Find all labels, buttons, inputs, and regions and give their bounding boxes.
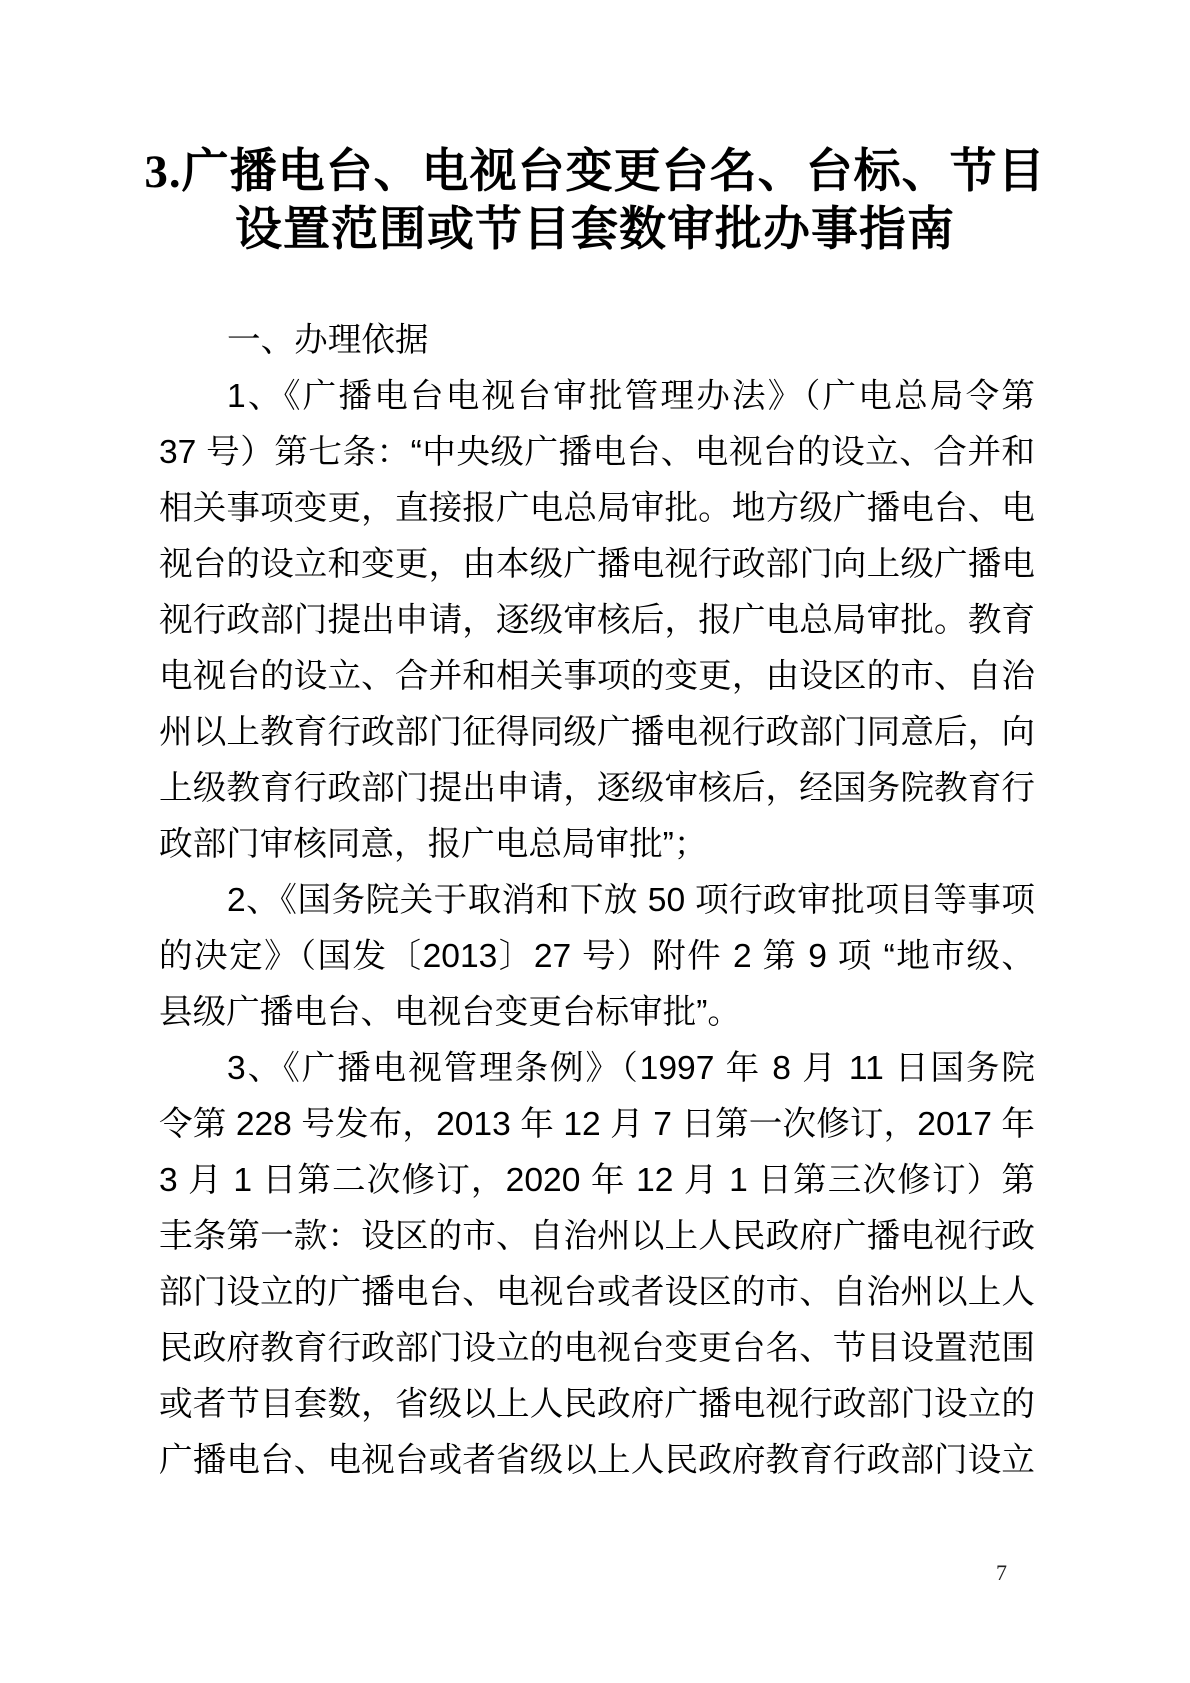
- text-line: 3、《广播电视管理条例》（1997 年 8 月 11 日国务院: [159, 1041, 1035, 1097]
- document-title: 3.广播电台、电视台变更台名、台标、节目 设置范围或节目套数审批办事指南: [120, 143, 1070, 259]
- text-line: 相关事项变更，直接报广电总局审批。地方级广播电台、电: [159, 481, 1035, 537]
- document-page: 3.广播电台、电视台变更台名、台标、节目 设置范围或节目套数审批办事指南 一、办…: [0, 0, 1190, 1683]
- text-line: 上级教育行政部门提出申请，逐级审核后，经国务院教育行: [159, 761, 1035, 817]
- text-line: 的决定》（国发〔2013〕27 号）附件 2 第 9 项 “地市级、: [159, 929, 1035, 985]
- text-line: 2、《国务院关于取消和下放 50 项行政审批项目等事项: [159, 873, 1035, 929]
- text-line: 1、《广播电台电视台审批管理办法》（广电总局令第: [159, 369, 1035, 425]
- text-line: 视台的设立和变更，由本级广播电视行政部门向上级广播电: [159, 537, 1035, 593]
- text-line: 令第 228 号发布，2013 年 12 月 7 日第一次修订，2017 年: [159, 1097, 1035, 1153]
- text-line: 或者节目套数，省级以上人民政府广播电视行政部门设立的: [159, 1377, 1035, 1433]
- text-line: 政部门审核同意，报广电总局审批”；: [159, 817, 1035, 873]
- document-title-line-2: 设置范围或节目套数审批办事指南: [120, 201, 1070, 259]
- text-line: 一、办理依据: [159, 313, 1035, 369]
- page-number: 7: [996, 1560, 1007, 1586]
- text-line: 视行政部门提出申请，逐级审核后，报广电总局审批。教育: [159, 593, 1035, 649]
- text-line: 州以上教育行政部门征得同级广播电视行政部门同意后，向: [159, 705, 1035, 761]
- text-line: 电视台的设立、合并和相关事项的变更，由设区的市、自治: [159, 649, 1035, 705]
- text-line: 县级广播电台、电视台变更台标审批”。: [159, 985, 1035, 1041]
- text-line: 民政府教育行政部门设立的电视台变更台名、节目设置范围: [159, 1321, 1035, 1377]
- body-text: 一、办理依据1、《广播电台电视台审批管理办法》（广电总局令第37 号）第七条：“…: [159, 313, 1035, 1489]
- text-line: 37 号）第七条：“中央级广播电台、电视台的设立、合并和: [159, 425, 1035, 481]
- text-line: 三条第一款：设区的市、自治州以上人民政府广播电视行政: [159, 1209, 1035, 1265]
- text-line: 部门设立的广播电台、电视台或者设区的市、自治州以上人: [159, 1265, 1035, 1321]
- text-line: 3 月 1 日第二次修订，2020 年 12 月 1 日第三次修订）第十: [159, 1153, 1035, 1209]
- text-line: 广播电台、电视台或者省级以上人民政府教育行政部门设立: [159, 1433, 1035, 1489]
- document-title-line-1: 3.广播电台、电视台变更台名、台标、节目: [120, 143, 1070, 201]
